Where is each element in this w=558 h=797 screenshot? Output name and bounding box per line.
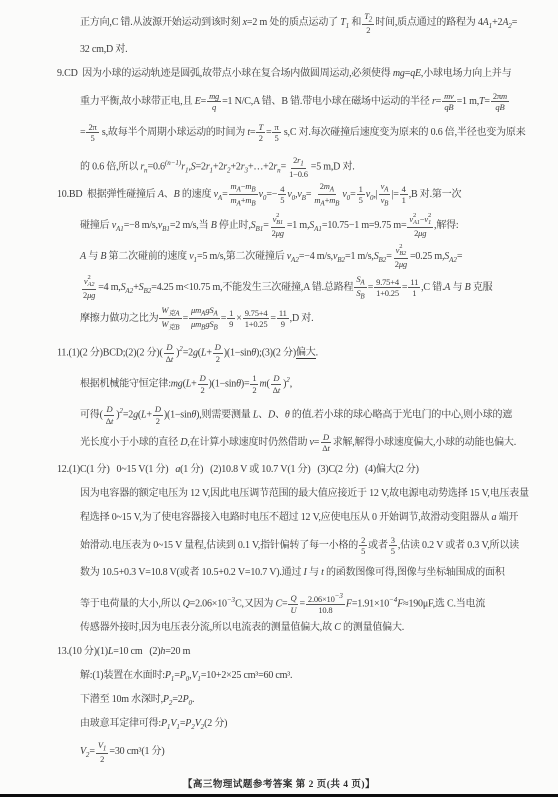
text-run: π <box>274 122 278 132</box>
fraction: T2 <box>256 122 265 143</box>
fraction-denominator: 5 <box>357 195 365 205</box>
subscript: A2 <box>291 256 299 264</box>
text-run: 5 <box>280 195 284 205</box>
text-run: (1 分) (2)10.8 V 或 10.7 V(1 分) (3)C(2 分) … <box>180 464 419 475</box>
subscript: 1 <box>428 220 431 227</box>
fraction-denominator: 2 <box>154 416 162 426</box>
math-symbol: qE <box>410 68 421 79</box>
fraction-numerator: 9.75+4 <box>243 308 270 319</box>
fraction-numerator: 4 <box>400 184 408 195</box>
math-symbol: μg <box>418 228 426 238</box>
fraction-denominator: 1+0.25 <box>374 288 401 298</box>
text-run: );(3)(2 分) <box>256 347 296 358</box>
fraction-numerator: 11 <box>408 277 420 288</box>
text-run: )(1−sin <box>224 347 252 358</box>
fraction-numerator: D <box>213 342 223 353</box>
text-run: =1 m, <box>457 96 479 107</box>
text-line: 因为电容器的额定电压为 12 V,因此电压调节范围的最大值应接近于 12 V,故… <box>57 482 538 506</box>
math-symbol: Q <box>290 593 296 603</box>
math-symbol: D <box>323 432 329 442</box>
text-run: 由玻意耳定律可得: <box>80 718 161 729</box>
fraction: 119 <box>277 308 289 329</box>
fraction: 2mAmA+mB <box>312 181 341 208</box>
text-line: 12.(1)C(1 分) 0~15 V(1 分) a(1 分) (2)10.8 … <box>57 458 538 482</box>
text-run: =1 m/s, <box>345 251 374 262</box>
math-symbol: μg <box>87 290 95 300</box>
text-line: 程选择 0~15 V,为了使电容器接入电路时电压不超过 12 V,应使电压从 0… <box>57 506 538 530</box>
subscript: A <box>330 186 334 194</box>
fraction-numerator: v2A2 <box>82 275 96 290</box>
text-run: s,C 对.每次碰撞后速度变为原来的 0.6 倍,半径也变为原来 <box>282 127 526 138</box>
text-run: = <box>281 161 286 172</box>
text-line: 根据机械能守恒定律:mg(L+D2)(1−sinθ)=12m(DΔt)2, <box>57 365 538 396</box>
fraction-numerator: D <box>271 373 281 384</box>
text-line: 传感器外接时,因为电压表分流,所以电流表的测量值偏大,故 C 的测量值偏大. <box>57 616 538 640</box>
text-run: 光长度小于小球的直径 <box>80 437 180 448</box>
fraction: 2π5 <box>86 122 98 143</box>
subscript: A2 <box>87 282 94 289</box>
text-run: =2 <box>172 694 182 705</box>
text-run: ≈190μF,选 C.当电流 <box>403 598 485 609</box>
math-symbol: q <box>212 102 216 112</box>
text-line: 碰撞后 vA1=−8 m/s,vB1=2 m/s,当 B 停止时,SB1=v2B… <box>57 210 538 241</box>
fraction: v2B12μg <box>270 213 286 238</box>
text-run: 10.BD 根据弹性碰撞后 <box>57 189 158 200</box>
text-run: 、 <box>275 409 285 420</box>
fraction-numerator: 2mA <box>318 181 336 195</box>
subscript: A1 <box>413 220 420 227</box>
text-line: 32 cm,D 对. <box>57 38 538 62</box>
fraction: v2B22μg <box>393 244 409 269</box>
subscript: B <box>251 200 255 208</box>
text-line: =2π5 s,故每半个周期小球运动的时间为 t=T2=π5 s,C 对.每次碰撞… <box>57 117 538 148</box>
text-run: ,C 错. <box>421 282 444 293</box>
fraction: π5 <box>272 122 280 143</box>
text-line: v2A22μg=4 m,SA2+SB2=4.25 m<10.75 m,不能发生三… <box>57 272 538 303</box>
superscript: −3 <box>227 596 235 604</box>
fraction: 15 <box>357 184 365 205</box>
math-symbol: t <box>328 443 330 453</box>
text-run: 1 <box>252 373 256 383</box>
footer-text: 【高三物理试题参考答案 第 2 页(共 4 页)】 <box>183 780 375 790</box>
math-symbol: μm <box>191 305 201 315</box>
text-run: + <box>146 409 151 420</box>
fraction-numerator: T2 <box>362 11 374 25</box>
text-run: 因为电容器的额定电压为 12 V,因此电压调节范围的最大值应接近于 12 V,故… <box>80 488 529 499</box>
fraction-numerator: 2π <box>86 122 98 133</box>
fraction-numerator: 1 <box>227 308 235 319</box>
subscript: B2 <box>337 256 345 264</box>
fraction-denominator: 2 <box>199 385 207 395</box>
text-run: 2 <box>252 385 256 395</box>
text-run: 的值.若小球的球心略高于光电门的中心,则小球的遮 <box>290 409 513 420</box>
math-symbol: qB <box>495 102 504 112</box>
fraction-numerator: v2B1 <box>271 213 285 228</box>
text-run: 和 <box>349 17 361 28</box>
fraction: vAvB <box>379 181 391 208</box>
math-symbol: mg <box>209 91 219 101</box>
fraction-denominator: U <box>288 605 298 615</box>
fraction: 9.75+41+0.25 <box>374 277 401 298</box>
text-run: = <box>386 251 391 262</box>
fraction: 2πmqB <box>491 91 509 112</box>
text-run: =2 m/s,当 <box>170 220 211 231</box>
text-run: +2 <box>213 161 223 172</box>
text-run: 5 <box>274 133 278 143</box>
sup-sub-stack: 21 <box>428 213 431 227</box>
math-symbol: t <box>171 354 173 364</box>
scanned-answer-page: { "page": { "footer": { "text": "【高三物理试题… <box>0 0 558 797</box>
fraction: 45 <box>278 184 286 205</box>
text-run: ),则需要测量 <box>196 409 253 420</box>
text-line: 9.CD 因为小球的运动轨迹是圆弧,故带点小球在复合场内做圆周运动,必须使得 m… <box>57 62 538 86</box>
subscript: A1 <box>314 225 322 233</box>
fraction-numerator: 2πm <box>491 91 509 102</box>
text-run: = <box>270 313 275 324</box>
fraction: T22 <box>362 11 374 35</box>
text-run: 9 <box>281 319 285 329</box>
text-run: =2 <box>196 161 206 172</box>
math-symbol: U <box>290 605 296 615</box>
fraction-denominator: 2 <box>98 754 106 764</box>
text-run: 克服 <box>471 282 493 293</box>
text-run: 11 <box>410 277 418 287</box>
fraction-numerator: mv <box>442 91 456 102</box>
fraction-denominator: mA+mB <box>312 195 341 208</box>
text-run: 2 <box>216 354 220 364</box>
fraction: 111 <box>408 277 420 298</box>
text-run: 1 <box>229 308 233 318</box>
text-run: 1−0.6 <box>289 169 308 179</box>
fraction: 9.75+41+0.25 <box>243 308 270 329</box>
fraction: DΔt <box>271 373 282 394</box>
subscript: 克B <box>168 324 179 332</box>
subscript: B <box>384 200 388 208</box>
fraction-denominator: 2 <box>250 385 258 395</box>
text-run: = <box>306 189 311 200</box>
fraction-numerator: mA−mB <box>229 181 258 195</box>
text-run: = <box>314 437 319 448</box>
text-run: 1 <box>412 288 416 298</box>
text-line: 摩擦力做功之比为W克AW克B=μmAgSAμmBgSB=19×9.75+41+0… <box>57 303 538 334</box>
superscript: (n−1) <box>165 159 181 167</box>
subscript: A2 <box>449 256 457 264</box>
text-line: 13.(10 分)(1)L=10 cm (2)h=20 m <box>57 640 538 664</box>
fraction-numerator: W克A <box>159 305 181 319</box>
text-run: =2 m 处的质点运动了 <box>247 17 340 28</box>
text-run: = <box>221 313 226 324</box>
text-line: 光长度小于小球的直径 D,在计算小球速度时仍然借助 v=DΔt求解,解得小球速度… <box>57 427 538 458</box>
fraction-denominator: 1+0.25 <box>243 319 270 329</box>
text-run: 11.(1)(2 分)BCD;(2)(2 分)( <box>57 347 163 358</box>
math-symbol: mg <box>393 68 405 79</box>
text-run: 4 <box>402 184 406 194</box>
text-run: s,故每半个周期小球运动的时间为 <box>100 127 248 138</box>
fraction-denominator: 2μg <box>270 228 286 238</box>
text-run: 正方向,C 错.从波源开始运动到该时刻 <box>80 17 243 28</box>
fraction-denominator: Δt <box>164 354 175 364</box>
text-run: 3 <box>391 535 395 545</box>
text-run: 第二次碰前的速度 <box>106 251 189 262</box>
fraction-denominator: μmBgSB <box>189 319 220 332</box>
text-run: =10+2×25 cm³=60 cm³. <box>201 670 293 681</box>
subscript: A <box>213 310 217 318</box>
text-run: 始滑动.电压表为 0~15 V 量程,估读到 0.1 V,指针偏转了每一小格的 <box>80 540 358 551</box>
fraction-numerator: 9.75+4 <box>374 277 401 288</box>
math-symbol: μm <box>191 319 201 329</box>
text-run: 等于电荷量的大小,所以 <box>80 598 183 609</box>
fraction-numerator: 11 <box>277 308 289 319</box>
subscript: B2 <box>399 251 406 258</box>
text-run: 可得( <box>80 409 103 420</box>
text-line: 解:(1)装置在水面时:P1=P0,V1=10+2×25 cm³=60 cm³. <box>57 664 538 688</box>
fraction-numerator: 4 <box>278 184 286 195</box>
fraction-numerator: π <box>272 122 280 133</box>
text-run: 4 <box>280 184 284 194</box>
fraction-denominator: 1−0.6 <box>287 169 310 179</box>
text-run: 与 <box>450 282 464 293</box>
text-run: 的 0.6 倍,所以 <box>80 161 140 172</box>
math-symbol: t <box>278 385 280 395</box>
text-run: )(1−sin <box>164 409 192 420</box>
text-run: 与 <box>307 567 321 578</box>
text-run: 摩擦力做功之比为 <box>80 313 158 324</box>
text-run: ,B 对.第一次 <box>409 189 462 200</box>
subscript: B1 <box>276 220 283 227</box>
math-symbol: mg <box>171 378 183 389</box>
fraction-denominator: 1 <box>400 195 408 205</box>
text-run: 解:(1)装置在水面时: <box>80 670 165 681</box>
text-run: 2 <box>201 385 205 395</box>
text-run: 5 <box>91 133 95 143</box>
fraction: mvqB <box>442 91 456 112</box>
subscript: B <box>335 200 339 208</box>
math-symbol: T <box>258 122 263 132</box>
math-symbol: D <box>273 373 279 383</box>
math-symbol: μg <box>399 259 407 269</box>
text-run: 、 <box>164 189 174 200</box>
text-run: 2π <box>493 91 501 101</box>
text-run: 传感器外接时,因为电压表分流,所以电流表的测量值偏大,故 <box>80 622 334 633</box>
math-symbol: qB <box>444 102 453 112</box>
text-run: 2 <box>366 25 370 35</box>
fraction-denominator: 5 <box>389 546 397 556</box>
text-run: 9 <box>229 319 233 329</box>
fraction-numerator: 3 <box>389 535 397 546</box>
text-run: ,D 对. <box>290 313 314 324</box>
text-run: 碰撞后 <box>80 220 112 231</box>
fraction: QU <box>288 593 298 614</box>
text-run: 2 <box>259 133 263 143</box>
subscript: A <box>360 279 364 287</box>
math-symbol: D <box>166 342 172 352</box>
text-run: = <box>263 220 268 231</box>
math-symbol: D <box>215 342 221 352</box>
text-run: 10.8 <box>318 605 332 615</box>
fraction-denominator: 9 <box>279 319 287 329</box>
superscript: −4 <box>389 596 397 604</box>
fraction: v2A22μg <box>81 275 97 300</box>
text-run: ,解得: <box>434 220 458 231</box>
fraction-numerator: D <box>153 404 163 415</box>
sup-sub-stack: 2B1 <box>276 213 283 227</box>
math-symbol: Q <box>183 598 190 609</box>
fraction-denominator: 5 <box>89 133 97 143</box>
sup-sub-stack: 2A2 <box>87 275 94 289</box>
text-line: 下潜至 10m 水深时,P2=2P0. <box>57 688 538 712</box>
math-symbol: D <box>155 404 161 414</box>
subscript: 1 <box>300 160 304 168</box>
text-run: ,小球电场力向上并与 <box>421 68 512 79</box>
fraction-denominator: 2 <box>257 133 265 143</box>
subscript: A <box>384 186 388 194</box>
text-run: C,又因为 <box>235 598 275 609</box>
text-run: + <box>191 378 196 389</box>
fraction-denominator: 2 <box>214 354 222 364</box>
text-run: 11 <box>279 308 287 318</box>
text-run: =10.75−1 m=9.75 m= <box>322 220 407 231</box>
text-run: ,估读 0.2 V 或者 0.3 V,所以读 <box>398 540 519 551</box>
text-run: . <box>192 694 194 705</box>
fraction-numerator: D <box>321 432 331 443</box>
text-run: 1+0.25 <box>376 288 399 298</box>
fraction-denominator: qB <box>442 102 455 112</box>
text-run: =−8 m/s, <box>124 220 158 231</box>
text-run: 5 <box>361 546 365 556</box>
fraction-denominator: 2μg <box>393 259 409 269</box>
text-run: = <box>250 127 255 138</box>
subscript: B <box>360 293 364 301</box>
fraction-numerator: 2r1 <box>291 155 306 169</box>
fraction-denominator: mA+mB <box>229 195 258 208</box>
fraction-denominator: Δt <box>104 416 115 426</box>
text-run: = <box>512 17 517 28</box>
fraction-denominator: 9 <box>227 319 235 329</box>
text-run: = <box>350 189 355 200</box>
math-symbol: D <box>200 373 206 383</box>
fraction-denominator: 5 <box>359 546 367 556</box>
subscript: 2 <box>369 15 373 23</box>
math-symbol: D <box>106 404 112 414</box>
fraction-denominator: 2μg <box>81 290 97 300</box>
text-run: =1 m, <box>287 220 309 231</box>
fraction: DΔt <box>320 432 331 453</box>
fraction-denominator: 2μg <box>412 228 428 238</box>
fraction-denominator: 10.8 <box>316 605 334 615</box>
text-run: 时间,质点通过的路程为 4 <box>375 17 482 28</box>
fraction: v2A1−v212μg <box>407 213 433 238</box>
text-run: 根据机械能守恒定律: <box>80 378 171 389</box>
fraction: 19 <box>227 308 235 329</box>
fraction: D2 <box>153 404 163 425</box>
text-line: 10.BD 根据弹性碰撞后 A、B 的速度 vA=mA−mBmA+mBv0=−4… <box>57 179 538 210</box>
text-run: 13.(10 分)(1) <box>57 646 108 657</box>
text-run: 2π <box>88 122 96 132</box>
fraction-denominator: 5 <box>278 195 286 205</box>
text-run: = <box>201 96 206 107</box>
text-line: V2=V12=30 cm³(1 分) <box>57 736 538 767</box>
text-run: | <box>376 189 378 200</box>
fraction-numerator: T <box>256 122 265 133</box>
fraction-numerator: 2 <box>359 535 367 546</box>
text-run: 1+0.25 <box>245 319 268 329</box>
answer-content: 正方向,C 错.从波源开始运动到该时刻 x=2 m 处的质点运动了 T1 和T2… <box>0 0 558 767</box>
fraction-numerator: v2B2 <box>394 244 408 259</box>
fraction-denominator: Δt <box>320 443 331 453</box>
fraction: 12 <box>250 373 258 394</box>
fraction: mgq <box>207 91 221 112</box>
fraction-numerator: v2A1−v21 <box>407 213 433 228</box>
text-run: =− <box>266 189 277 200</box>
text-run: × <box>236 313 241 324</box>
fraction: 25 <box>359 535 367 556</box>
fraction: 35 <box>389 535 397 556</box>
text-run: =4.25 m<10.75 m,不能发生三次碰撞,A 错.总路程 <box>151 282 353 293</box>
text-run: = <box>80 127 85 138</box>
text-run: + <box>206 347 211 358</box>
math-symbol: t <box>111 416 113 426</box>
text-line: 重力平衡,故小球带正电,且 E=mgq=1 N/C,A 错、B 错.带电小球在磁… <box>57 86 538 117</box>
text-run: = <box>484 96 489 107</box>
underlined-text: 偏大 <box>296 347 316 359</box>
text-run: 1 <box>402 195 406 205</box>
fraction-numerator: vA <box>379 181 391 195</box>
text-run: 32 cm,D 对. <box>80 44 127 55</box>
text-run: =1 N/C,A 错、B 错.带电小球在磁场中运动的半径 <box>222 96 432 107</box>
fraction: 41 <box>400 184 408 205</box>
fraction-numerator: 1 <box>357 184 365 195</box>
text-run: +2 <box>492 17 502 28</box>
math-symbol: m <box>501 91 507 101</box>
fraction-numerator: V1 <box>96 740 109 754</box>
fraction-numerator: D <box>164 342 174 353</box>
fraction: 2.06×10−310.8 <box>306 592 345 615</box>
text-run: =−4 m/s, <box>299 251 333 262</box>
text-run: = <box>402 282 407 293</box>
text-run: 2 <box>156 416 160 426</box>
text-run: 5 <box>391 546 395 556</box>
text-run: =5 m/s,第二次碰撞后 <box>197 251 287 262</box>
superscript: −3 <box>335 592 343 600</box>
text-run: ( <box>267 378 270 389</box>
text-run: 的测量值偏大. <box>341 622 404 633</box>
text-run: 停止时, <box>217 220 251 231</box>
text-run: 程选择 0~15 V,为了使电容器接入电路时电压不超过 12 V,应使电压从 0… <box>80 512 491 523</box>
sup-sub-stack: 2A1 <box>413 213 420 227</box>
text-run: = <box>266 127 271 138</box>
text-run: 端开 <box>496 512 518 523</box>
fraction: 2r11−0.6 <box>287 155 310 179</box>
math-symbol: mv <box>444 91 454 101</box>
text-line: 始滑动.电压表为 0~15 V 量程,估读到 0.1 V,指针偏转了每一小格的2… <box>57 530 538 561</box>
text-run: =20 m <box>165 646 190 657</box>
math-symbol: D <box>268 409 275 420</box>
fraction: V12 <box>96 740 109 764</box>
text-run: 与 <box>86 251 100 262</box>
fraction: DΔt <box>104 404 115 425</box>
text-line: A 与 B 第二次碰前的速度 v1=5 m/s,第二次碰撞后 vA2=−4 m/… <box>57 241 538 272</box>
math-symbol: μg <box>276 228 284 238</box>
fraction-denominator: SB <box>354 288 366 301</box>
text-run: 的速度 <box>180 189 214 200</box>
text-run: . <box>316 347 318 358</box>
text-run: 求解,解得小球速度偏大,小球的动能也偏大. <box>333 437 516 448</box>
text-run: 12.(1)C(1 分) 0~15 V(1 分) <box>57 464 175 475</box>
page-footer: 【高三物理试题参考答案 第 2 页(共 4 页)】 <box>0 776 558 790</box>
text-run: = <box>368 282 373 293</box>
subscript: B <box>251 186 255 194</box>
fraction-denominator: qB <box>493 102 506 112</box>
